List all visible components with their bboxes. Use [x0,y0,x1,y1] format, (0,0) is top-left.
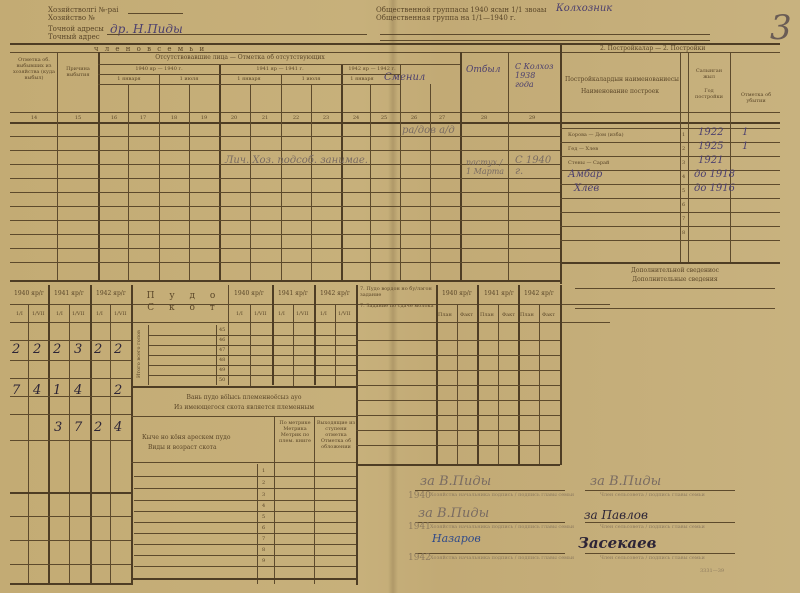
additional-line [575,308,775,309]
census-household-card: Хозяйстволгі №-раі Хозяйство № Точной ад… [0,0,800,593]
buildings-year-ru: Год постройки [690,88,728,100]
grid-h [134,500,356,501]
livestock-year-1942-b: 1942 яр/г [320,290,350,297]
livestock-value: 4 [114,420,122,435]
page-number: 3 [770,8,792,48]
grid-v [560,285,562,465]
handwritten-row1: ра/дов а/д [402,125,455,136]
absence-header: Отсутствовавшие лица — Отметка об отсутс… [100,54,380,61]
building-name: Гед — Хлев [568,146,598,152]
address-label-ru: Точный адрес [48,33,100,41]
milk-year-1941: 1941 яр/г [484,290,514,297]
grid-h [10,440,131,441]
grid-v [250,304,251,386]
group-label-ru: Общественная группа на 1/1—1940 г. [376,14,516,22]
building-no: 4 [682,174,685,180]
grid-h [134,522,356,523]
grid-h [356,400,560,401]
address-label-kz: Точной адресы [48,25,104,33]
handwritten-col28-row3: пастух / 1 Марта [466,158,508,176]
signature-line [415,522,565,523]
colnum-29: 29 [510,115,554,121]
grid-h [10,583,131,585]
signature-caption: Член сельсовета / подпись главы семьи [600,524,705,530]
grid-h [560,156,780,157]
period-3: 1 января [220,76,278,82]
livestock-year-1941: 1941 яр/г [54,290,84,297]
buildings-year-kz: Салынган жыл [690,68,728,80]
household-no-line [128,13,183,14]
colnum-22: 22 [282,115,310,121]
building-no: 8 [682,230,685,236]
period-5: 1 января [342,76,382,82]
grid-h [560,226,780,227]
breeding-col-a: По метрике Метрика Метрик по плем. книге [276,420,314,444]
grid-h [134,511,356,512]
grid-h [356,415,560,416]
colnum-28: 28 [462,115,506,121]
grid-h [148,365,356,366]
livestock-row-no: 45 [219,327,225,333]
household-no-label-ru: Хозяйство № [48,14,95,22]
livestock-value: 3 [74,342,82,357]
colnum-14: 14 [12,115,56,121]
milk-sub: План [480,312,494,318]
milk-year-1942: 1942 яр/г [524,290,554,297]
colnum-top [10,112,780,113]
signature-line [585,553,735,554]
milk-sub: План [438,312,452,318]
colnum-24: 24 [342,115,370,121]
signature-line [585,522,735,523]
buildings-name-kz: Постройкалардын наименованиесы [565,76,675,83]
grid-h [10,262,560,263]
grid-h [131,416,356,417]
grid-v [57,52,58,280]
period-2: 1 июля [160,76,218,82]
livestock-sub: 1/I [96,311,103,317]
breeding-row-no: 6 [262,525,265,531]
grid-h [10,492,131,494]
col14-label: Отметка об. выбывших из хозяйства (куда … [12,57,56,81]
milk-sub: Факт [460,312,473,318]
livestock-sub: 1/VII [254,311,266,317]
building-no: 1 [682,132,685,138]
livestock-value: 4 [33,383,41,398]
grid-v [335,304,336,386]
additional-info-kz: Дополнительной сведениос [600,267,750,274]
grid-h [10,234,560,235]
grid-v [680,52,681,262]
grid-h [10,136,560,137]
grid-v [311,84,312,280]
grid-v [69,304,70,584]
signature-caption: Член сельсовета / подпись главы семьи [600,555,705,561]
grid-h [10,516,131,517]
grid-h [10,340,131,341]
grid-h [10,414,131,415]
grid-h [560,198,780,199]
livestock-side-label: Итого всего голов [136,330,142,378]
signature-right: за В.Пиды [590,474,661,489]
handwritten-col29-row3: С 1940 г. [515,155,557,177]
livestock-value: 3 [54,420,62,435]
building-name: Амбар [568,169,602,180]
grid-h [356,370,560,371]
group-label-kz: Общественной группасы 1940 ясын 1/1 звоа… [376,6,546,14]
signature-year: 1940 [408,492,431,500]
grid-h [10,322,610,323]
grid-h [10,540,131,541]
grid-v [508,52,509,280]
grid-h [10,150,560,151]
buildings-title: 2. Постройкалар — 2. Постройки [600,45,705,52]
signature-caption: Хозяйства начальника подпись / подпись г… [430,492,574,498]
signature-right: за Павлов [584,508,648,522]
breeding-row-no: 1 [262,468,265,474]
handwritten-col28-top: Отбыл [466,65,500,75]
livestock-row-no: 50 [219,377,225,383]
building-name: Хлев [574,183,599,194]
livestock-sub: 1/I [236,311,243,317]
grid-h [134,533,356,534]
household-no-label-kz: Хозяйстволгі №-раі [48,6,119,14]
grid-h [10,378,131,379]
grid-v [314,285,316,385]
livestock-sub: 1/VII [72,311,84,317]
breeding-row-no: 3 [262,492,265,498]
grid-h [10,220,560,221]
grid-h [148,345,356,346]
grid-h [560,212,780,213]
colnum-20: 20 [220,115,248,121]
signature-left: за В.Пиды [420,474,491,489]
grid-h [10,280,560,282]
breeding-row-no: 8 [262,547,265,553]
year-header-1940: 1940 яр — 1940 г. [100,66,218,72]
livestock-value: 2 [53,342,61,357]
grid-h [356,430,560,431]
signature-caption: Хозяйства начальника подпись / подпись г… [430,555,574,561]
grid-v [272,285,274,385]
signature-year: 1941 [408,523,431,531]
signature-line [415,490,565,491]
grid-v [250,84,251,280]
grid-h [560,262,780,264]
grid-v [356,285,358,585]
livestock-row-no: 49 [219,367,225,373]
buildings-name-ru: Наименование построек [565,88,675,95]
grid-h [134,555,356,556]
stamp-text: 3331—39 [700,568,724,574]
livestock-title-ru: С к о т [140,304,228,312]
signature-caption: Хозяйства начальника подпись / подпись г… [430,524,574,530]
livestock-title-kz: П у д о [140,292,228,300]
livestock-value: 7 [12,383,20,398]
livestock-value: 2 [12,342,20,357]
livestock-value: 2 [94,342,102,357]
signature-line [415,553,565,554]
grid-h [356,355,560,356]
group-value: Колхозник [556,3,612,14]
grid-v [110,304,111,584]
grid-v [128,84,129,280]
livestock-value: 1 [53,383,61,398]
signature-left: Назаров [432,532,481,545]
colnum-18: 18 [160,115,188,121]
grid-v [460,52,462,280]
milk-sub: План [520,312,534,318]
grid-h [10,396,131,397]
signature-left: за В.Пиды [418,506,489,521]
grid-v [477,285,479,465]
grid-h [98,64,460,65]
breeding-row-no: 7 [262,536,265,542]
additional-info-ru: Дополнительные сведения [600,276,750,283]
livestock-sub: 1/I [56,311,63,317]
building-year: до 1918 [694,169,735,180]
building-name: Корова — Дом (изба) [568,132,624,138]
grid-v [518,285,520,465]
milk-title-ru: 7. Задание по сдаче молока [360,303,440,309]
grid-v [730,52,731,262]
signature-line [585,490,735,491]
signature-caption: Член сельсовета / подпись главы семьи [600,492,705,498]
signature-year: 1942 [408,554,431,562]
livestock-sub: 1/VII [32,311,44,317]
milk-title-kz: 7. Пудо вордон но бу/лэгон задание [360,286,440,298]
grid-h [10,192,560,193]
grid-h [10,206,560,207]
signature-right: Засекаев [578,534,656,552]
group-line-1 [380,34,710,35]
livestock-sub: 1/VII [296,311,308,317]
breeding-col-b: Выходящие из ступени отметка Отметка об … [316,420,356,450]
building-year: 1922 [698,127,723,138]
grid-v [28,304,29,584]
building-no: 3 [682,160,685,166]
colnum-16: 16 [100,115,128,121]
colnum-19: 19 [190,115,218,121]
grid-h [560,240,780,241]
handwritten-col29-top: С Колхоз 1938 года [515,62,555,89]
livestock-year-1941-b: 1941 яр/г [278,290,308,297]
livestock-value: 2 [114,383,122,398]
grid-h [356,340,560,341]
grid-h [134,476,356,477]
milk-year-1940: 1940 яр/г [442,290,472,297]
grid-v [539,304,540,464]
period-1: 1 января [100,76,158,82]
milk-sub: Факт [502,312,515,318]
grid-h [148,355,356,356]
livestock-row-no: 47 [219,347,225,353]
livestock-value: 2 [94,420,102,435]
grid-v [293,304,294,386]
grid-h [98,74,400,75]
breeding-kind-kz: Кыче но кöня арескем пудо [142,434,230,441]
grid-h [134,488,356,489]
building-year: 1921 [698,155,723,166]
grid-h [10,178,560,179]
grid-h [148,375,356,376]
livestock-sub: 1/I [16,311,23,317]
livestock-sub: 1/I [320,311,327,317]
grid-v [189,84,190,280]
building-year: до 1916 [694,183,735,194]
grid-v [370,84,371,280]
additional-line [575,288,775,289]
grid-v [457,304,458,464]
livestock-sub: 1/VII [338,311,350,317]
breeding-title-ru: Из имеющегося скота является племенным [134,404,354,411]
grid-v [688,52,689,262]
breeding-row-no: 4 [262,503,265,509]
breeding-row-no: 2 [262,480,265,486]
colnum-15: 15 [58,115,98,121]
handwritten-row3: Лич. Хоз. подсоб. занимае. [225,155,368,166]
building-no: 7 [682,216,685,222]
colnum-25: 25 [370,115,398,121]
grid-h [356,464,560,466]
livestock-year-1940: 1940 яр/г [14,290,44,297]
livestock-row-no: 48 [219,357,225,363]
colnum-26: 26 [400,115,428,121]
year-header-1941: 1941 яр — 1941 г. [220,66,340,72]
grid-h [131,462,356,463]
grid-v [98,52,100,280]
building-mark: 1 [742,127,748,138]
grid-h [10,360,131,361]
grid-v [131,285,133,585]
group-line-2 [380,40,710,41]
grid-h [10,248,560,249]
livestock-year-1942: 1942 яр/г [96,290,126,297]
livestock-value: 7 [74,420,82,435]
grid-h [131,386,356,388]
livestock-row-no: 46 [219,337,225,343]
grid-h [134,544,356,545]
breeding-row-no: 5 [262,514,265,520]
grid-h [148,335,356,336]
col15-label: Причина выбытия [60,66,96,78]
colnum-23: 23 [312,115,340,121]
colnum-bottom [10,122,780,124]
building-name: Стены — Сарай [568,160,609,166]
grid-h [356,385,560,386]
colnum-27: 27 [428,115,456,121]
livestock-sub: 1/VII [114,311,126,317]
livestock-value: 2 [33,342,41,357]
milk-sub: Факт [542,312,555,318]
colnum-21: 21 [250,115,280,121]
period-4: 1 июля [282,76,340,82]
building-no: 6 [682,202,685,208]
grid-v [281,74,282,280]
grid-v [560,44,562,284]
building-no: 2 [682,146,685,152]
livestock-value: 4 [74,383,82,398]
grid-h [98,84,400,85]
building-mark: 1 [742,141,748,152]
breeding-kind-ru: Виды и возраст скота [148,444,217,451]
livestock-sub: 1/I [278,311,285,317]
livestock-value: 2 [114,342,122,357]
breeding-title-kz: Вань пудо вölысь племенноёсыз ауо [134,394,354,401]
address-line [107,34,367,35]
building-no: 5 [682,188,685,194]
grid-v [498,304,499,464]
buildings-note: Отметка об убытии [732,92,780,104]
livestock-year-1940-b: 1940 яр/г [234,290,264,297]
grid-v [159,74,160,280]
grid-h [356,445,560,446]
building-year: 1925 [698,141,723,152]
grid-h [10,304,610,305]
grid-v [430,84,431,280]
grid-h [131,578,356,580]
breeding-row-no: 9 [262,558,265,564]
grid-h [10,564,131,565]
colnum-17: 17 [128,115,158,121]
header-rule-2 [10,52,780,53]
grid-h [134,566,356,567]
